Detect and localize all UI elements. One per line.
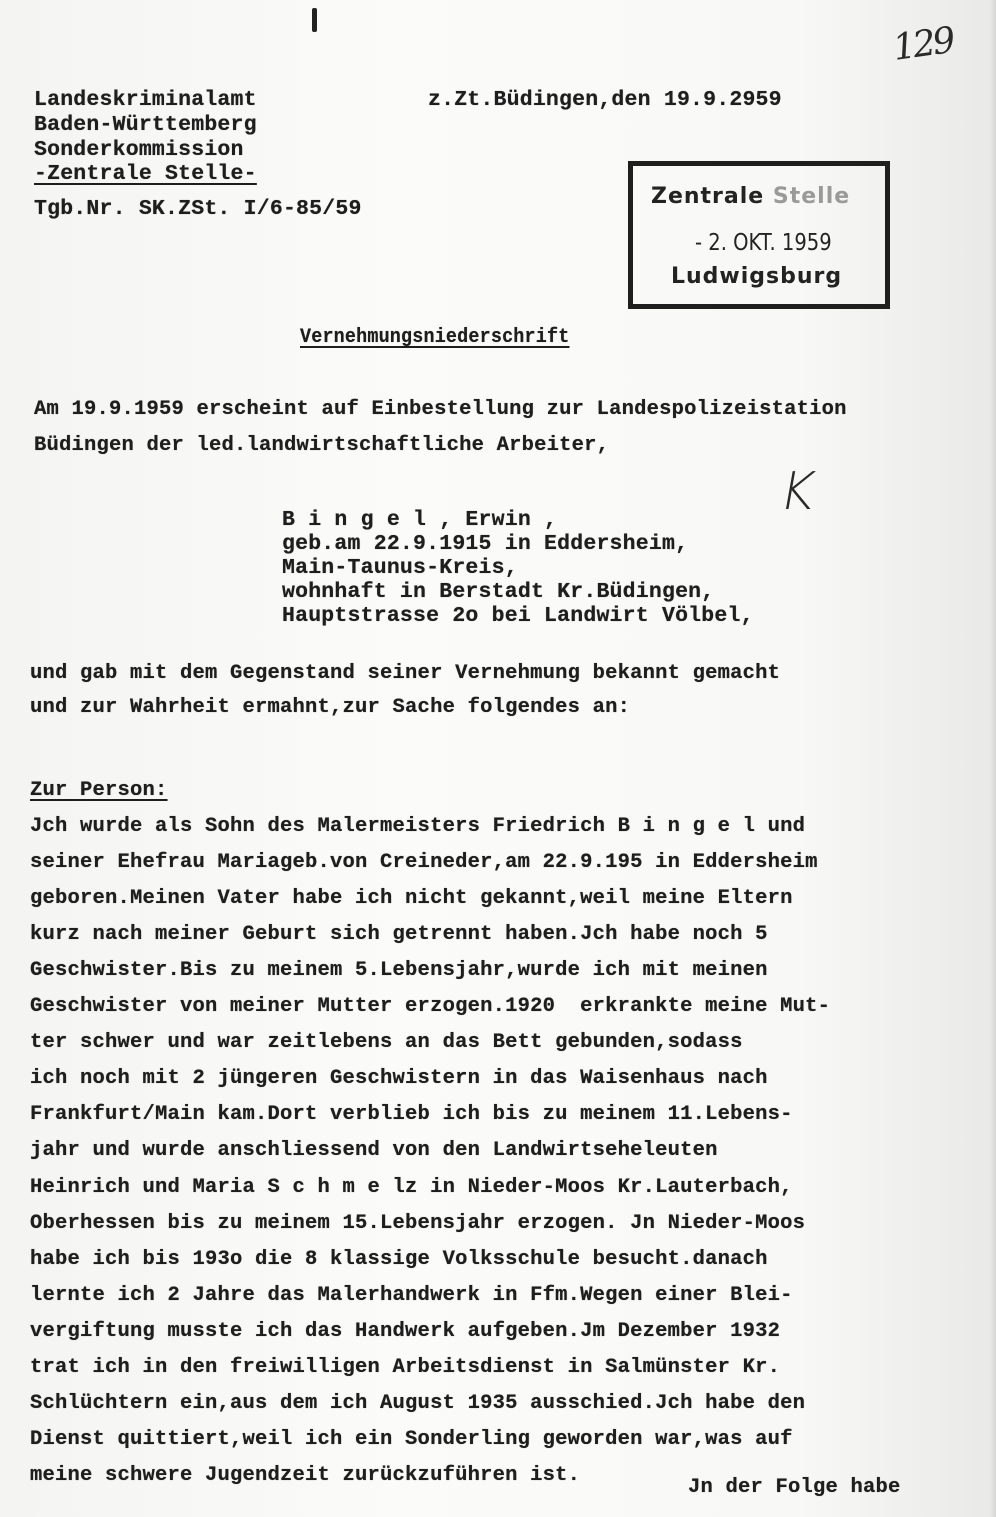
body-line: Heinrich und Maria S c h m e lz in Niede… xyxy=(30,1176,793,1199)
continuation-text: Jn der Folge habe xyxy=(688,1476,901,1499)
stamp-city: Ludwigsburg xyxy=(671,264,842,289)
body-line: meine schwere Jugendzeit zurückzuführen … xyxy=(30,1464,580,1487)
body-line: seiner Ehefrau Mariageb.von Creineder,am… xyxy=(30,851,818,874)
body-line: vergiftung musste ich das Handwerk aufge… xyxy=(30,1320,780,1343)
body-line: ter schwer und war zeitlebens an das Bet… xyxy=(30,1031,743,1054)
person-line: B i n g e l , Erwin , xyxy=(282,508,557,532)
person-line: geb.am 22.9.1915 in Eddersheim, xyxy=(282,532,688,556)
person-line: Hauptstrasse 2o bei Landwirt Völbel, xyxy=(282,604,754,628)
section-heading: Zur Person: xyxy=(30,779,168,802)
body-line: Frankfurt/Main kam.Dort verblieb ich bis… xyxy=(30,1103,793,1126)
document-title: Vernehmungsniederschrift xyxy=(300,326,569,349)
body-line: ich noch mit 2 jüngeren Geschwistern in … xyxy=(30,1067,768,1090)
letterhead-line: Sonderkommission xyxy=(34,138,244,162)
intro-line: Büdingen der led.landwirtschaftliche Arb… xyxy=(34,434,609,457)
body-line: Dienst quittiert,weil ich ein Sonderling… xyxy=(30,1428,793,1451)
reference-number: Tgb.Nr. SK.ZSt. I/6-85/59 xyxy=(34,197,362,221)
receipt-stamp: Zentrale Stelle - 2. OKT. 1959 Ludwigsbu… xyxy=(628,161,890,309)
body-line: Geschwister von meiner Mutter erzogen.19… xyxy=(30,995,830,1018)
body-line: kurz nach meiner Geburt sich getrennt ha… xyxy=(30,923,768,946)
body-line: jahr und wurde anschliessend von den Lan… xyxy=(30,1139,718,1162)
handwritten-mark: K xyxy=(775,462,820,522)
letterhead-line: Landeskriminalamt xyxy=(34,88,257,112)
folio-number: 129 xyxy=(890,20,955,69)
notice-line: und zur Wahrheit ermahnt,zur Sache folge… xyxy=(30,696,630,719)
body-line: geboren.Meinen Vater habe ich nicht geka… xyxy=(30,887,793,910)
body-line: Oberhessen bis zu meinem 15.Lebensjahr e… xyxy=(30,1212,805,1235)
punch-mark xyxy=(312,8,317,32)
stamp-date: - 2. OKT. 1959 xyxy=(695,230,832,256)
intro-line: Am 19.9.1959 erscheint auf Einbestellung… xyxy=(34,398,847,421)
body-line: habe ich bis 193o die 8 klassige Volkssc… xyxy=(30,1248,768,1271)
person-line: Main-Taunus-Kreis, xyxy=(282,556,518,580)
body-line: Jch wurde als Sohn des Malermeisters Fri… xyxy=(30,815,805,838)
body-line: trat ich in den freiwilligen Arbeitsdien… xyxy=(30,1356,780,1379)
letterhead-line: -Zentrale Stelle- xyxy=(34,162,257,186)
place-date: z.Zt.Büdingen,den 19.9.2959 xyxy=(428,88,782,112)
body-line: Schlüchtern ein,aus dem ich August 1935 … xyxy=(30,1392,805,1415)
body-line: lernte ich 2 Jahre das Malerhandwerk in … xyxy=(30,1284,793,1307)
person-line: wohnhaft in Berstadt Kr.Büdingen, xyxy=(282,580,714,604)
page-edge xyxy=(990,0,996,1517)
notice-line: und gab mit dem Gegenstand seiner Verneh… xyxy=(30,662,780,685)
stamp-line-1: Zentrale Stelle xyxy=(651,184,850,209)
document-page: 129 Landeskriminalamt Baden-Württemberg … xyxy=(0,0,996,1517)
letterhead-line: Baden-Württemberg xyxy=(34,113,257,137)
body-line: Geschwister.Bis zu meinem 5.Lebensjahr,w… xyxy=(30,959,768,982)
